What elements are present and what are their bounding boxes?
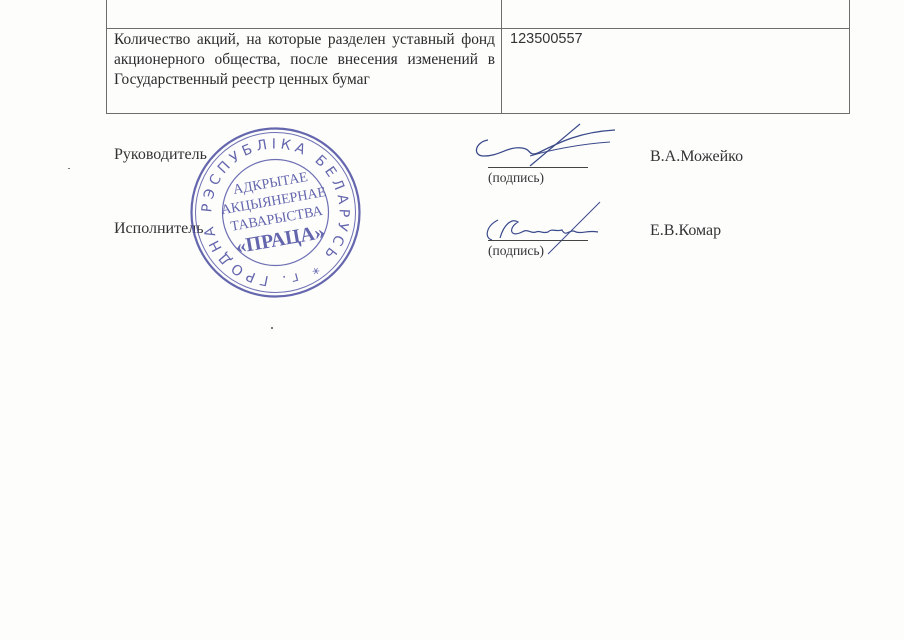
name-head: В.А.Можейко xyxy=(650,148,743,166)
shares-label-cell: Количество акций, на которые разделен ус… xyxy=(107,29,502,113)
signature-caption-head: (подпись) xyxy=(488,170,544,186)
table-cell-empty-left xyxy=(107,0,502,28)
table-row-previous xyxy=(107,0,849,28)
signature-caption-executor: (подпись) xyxy=(488,243,544,259)
signature-line-executor xyxy=(488,240,588,241)
signature-mozheiko-icon xyxy=(470,122,620,167)
signature-line-head xyxy=(488,167,588,168)
name-executor: Е.В.Комар xyxy=(650,222,721,240)
company-stamp-icon: РЭСПУБЛІКА БЕЛАРУСЬ * г. ГРОДНА * АДКРЫТ… xyxy=(188,125,363,300)
shares-value-cell: 123500557 xyxy=(502,29,849,113)
table-cell-empty-right xyxy=(502,0,849,28)
shares-table: Количество акций, на которые разделен ус… xyxy=(106,0,850,114)
table-row-shares: Количество акций, на которые разделен ус… xyxy=(107,28,849,113)
scan-speck xyxy=(271,327,273,329)
scan-speck xyxy=(68,168,70,169)
